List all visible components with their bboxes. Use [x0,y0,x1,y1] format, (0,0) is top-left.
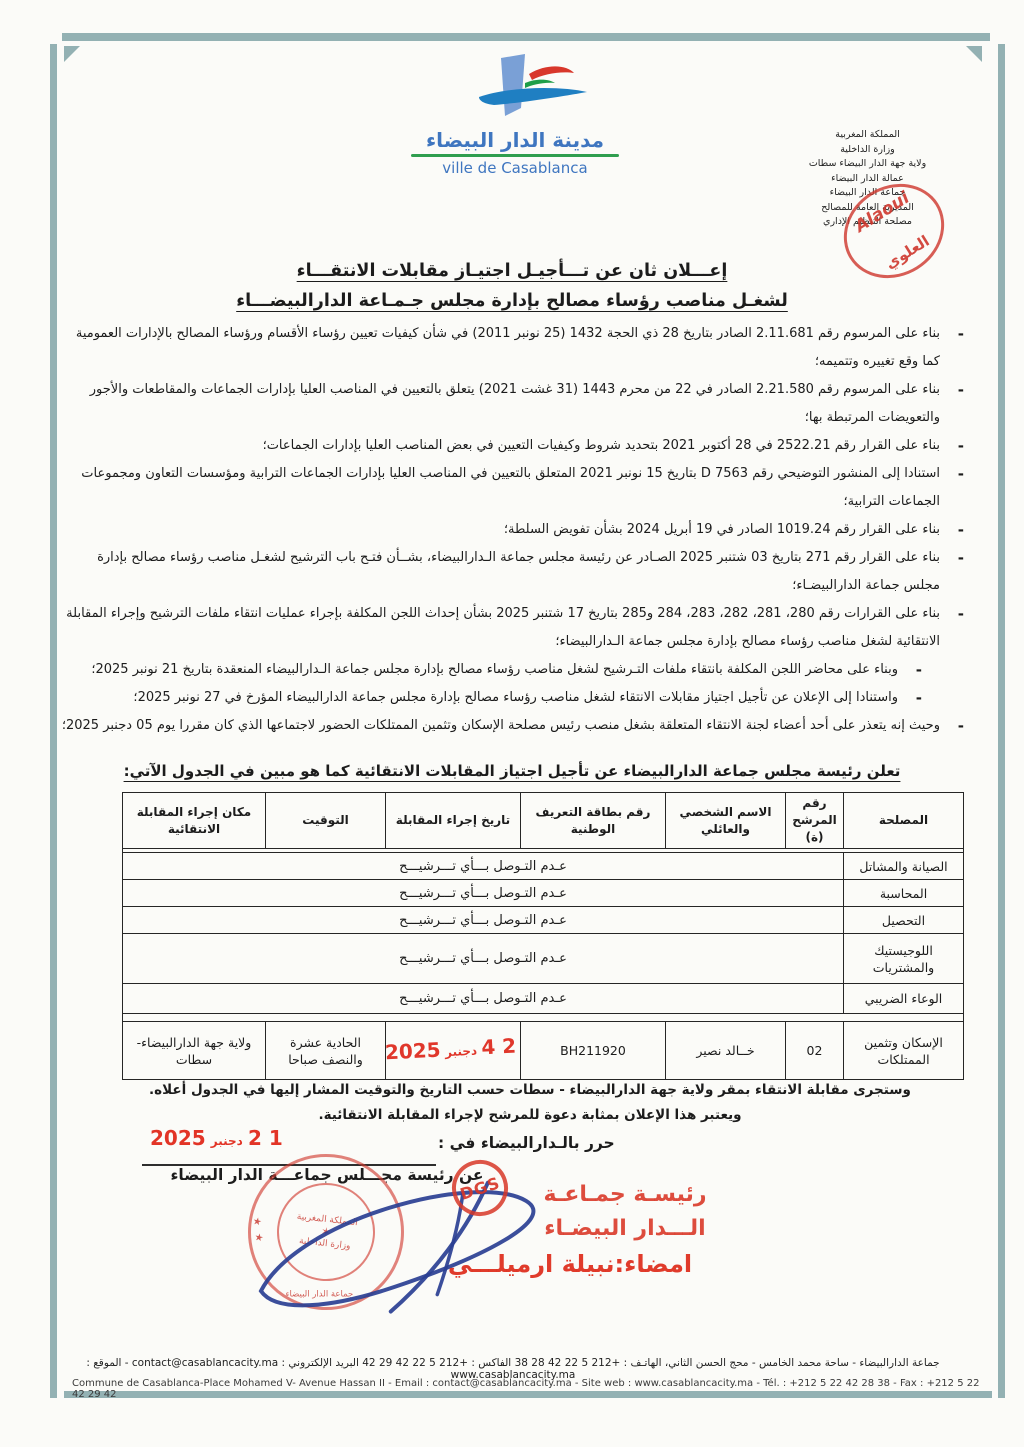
preamble-item: - واستنادا إلى الإعلان عن تأجيل اجتياز م… [58,684,964,712]
preamble-item: - وحيث إنه يتعذر على أحد أعضاء لجنة الان… [58,712,964,740]
bullet-dash: - [950,432,964,460]
bullet-dash: - [950,376,964,404]
announcement-line: تعلن رئيسة مجلس جماعة الدارالبيضاء عن تأ… [62,762,962,780]
table-header-service: المصلحة [844,793,964,849]
issued-stamp-month: دجنبر [211,1134,243,1148]
preamble-text: بناء على القرار رقم 2522.21 في 28 أكتوبر… [58,432,940,460]
page-frame-top [62,33,990,41]
frame-corner-top-right [966,46,982,62]
service-name-cell: الوعاء الضريبي [844,984,964,1014]
no-candidacy-cell: عـدم التـوصل بـــأي تـــرشيـــح [123,853,844,880]
page-frame-right [998,44,1005,1398]
table-header-date: تاريخ إجراء المقابلة [386,793,521,849]
service-name-cell: اللوجيستيك والمشتريات [844,934,964,984]
candidate-time-cell: الحادية عشرة والنصف صباحا [266,1022,386,1080]
preamble-text: بناء على القرار رقم 271 بتاريخ 03 شتنبر … [58,544,940,600]
signed-by-stamp: امضاء:نبيلة ارميلـــي [390,1250,750,1278]
title-line-1: إعـــلان ثان عن تـــأجيـل اجتيـاز مقابلا… [62,256,962,286]
preamble-item: - بناء على القرار رقم 1019.24 الصادر في … [58,516,964,544]
president-stamp-line-1: رئيسـة جمـاعـة [520,1182,730,1207]
service-row: المحاسبة عـدم التـوصل بـــأي تـــرشيـــح [123,880,964,907]
admin-line-kingdom: المملكة المغربية [770,128,965,143]
no-candidacy-cell: عـدم التـوصل بـــأي تـــرشيـــح [123,907,844,934]
stamp-year: 2025 [384,1037,441,1064]
table-header-time: التوقيت [266,793,386,849]
bullet-dash: - [908,656,922,684]
president-stamp-line-2: الـــدار البيضـاء [520,1216,730,1241]
bullet-dash: - [950,544,964,572]
service-name-cell: الصيانة والمشاتل [844,853,964,880]
bullet-dash: - [950,320,964,348]
preamble-item: - بناء على القرارات رقم 280، 281، 282، 2… [58,600,964,656]
table-header-cin: رقم بطاقة التعريف الوطنية [521,793,666,849]
footer-french: Commune de Casablanca-Place Mohamed V- A… [72,1378,982,1400]
page-frame-left [50,44,57,1398]
preamble-text: بناء على القرارات رقم 280، 281، 282، 283… [58,600,940,656]
candidate-row: الإسكان وتثمين الممتلكات 02 خــالد نصير … [123,1022,964,1080]
table-header-row: المصلحة رقم المرشح (ة) الاسم الشخصي والع… [123,793,964,849]
service-row: الوعاء الضريبي عـدم التـوصل بـــأي تـــر… [123,984,964,1014]
bullet-dash: - [908,684,922,712]
admin-line-prefecture: عمالة الدار البيضاء [770,172,965,187]
closing-line-1: وستجرى مقابلة الانتقاء بمقر ولاية جهة ال… [130,1078,930,1103]
logo-title-french: ville de Casablanca [392,159,638,177]
frame-corner-top-left [64,46,80,62]
preamble-item: - بناء على المرسوم رقم 2.11.681 الصادر ب… [58,320,964,376]
title-line-2: لشغـل مناصب رؤساء مصالح بإدارة مجلس جـمـ… [62,286,962,316]
bullet-dash: - [950,712,964,740]
service-name-cell: المحاسبة [844,880,964,907]
preamble-item: - بناء على القرار رقم 271 بتاريخ 03 شتنب… [58,544,964,600]
table-header-place: مكان إجراء المقابلة الانتقائية [123,793,266,849]
service-row: التحصيل عـدم التـوصل بـــأي تـــرشيـــح [123,907,964,934]
bullet-dash: - [950,460,964,488]
preamble-item: - وبناء على محاضر اللجن المكلفة بانتقاء … [58,656,964,684]
no-candidacy-cell: عـدم التـوصل بـــأي تـــرشيـــح [123,934,844,984]
preamble-text: بناء على المرسوم رقم 2.11.681 الصادر بتا… [58,320,940,376]
candidate-cin-cell: BH211920 [521,1022,666,1080]
issued-at-label: حرر بالـدارالبيضاء في : [438,1134,615,1152]
no-candidacy-cell: عـدم التـوصل بـــأي تـــرشيـــح [123,880,844,907]
table-spacer-row [123,1014,964,1022]
candidate-number-cell: 02 [786,1022,844,1080]
preamble-list: - بناء على المرسوم رقم 2.11.681 الصادر ب… [58,320,964,740]
schedule-table-wrapper: المصلحة رقم المرشح (ة) الاسم الشخصي والع… [122,792,964,1080]
table-header-name: الاسم الشخصي والعائلي [666,793,786,849]
preamble-text: واستنادا إلى الإعلان عن تأجيل اجتياز مقا… [58,684,898,712]
document-title: إعـــلان ثان عن تـــأجيـل اجتيـاز مقابلا… [62,256,962,316]
preamble-text: بناء على المرسوم رقم 2.21.580 الصادر في … [58,376,940,432]
stamp-month: دجنبر [444,1043,477,1059]
candidate-date-cell: 2 4 دجنبر 2025 [386,1022,521,1080]
service-row: اللوجيستيك والمشتريات عـدم التـوصل بـــأ… [123,934,964,984]
bullet-dash: - [950,516,964,544]
preamble-text: وبناء على محاضر اللجن المكلفة بانتقاء مل… [58,656,898,684]
service-row: الصيانة والمشاتل عـدم التـوصل بـــأي تــ… [123,853,964,880]
candidate-service-cell: الإسكان وتثمين الممتلكات [844,1022,964,1080]
issued-date-line: 1 2 دجنبر 2025 [142,1120,436,1166]
logo-title-arabic: مدينة الدار البيضاء [392,128,638,152]
interview-date-stamp: 2 4 دجنبر 2025 [384,1037,516,1064]
preamble-item: - بناء على المرسوم رقم 2.21.580 الصادر ف… [58,376,964,432]
preamble-text: وحيث إنه يتعذر على أحد أعضاء لجنة الانتق… [58,712,940,740]
bullet-dash: - [950,600,964,628]
admin-line-ministry: وزارة الداخلية [770,143,965,158]
preamble-item: - استنادا إلى المنشور التوضيحي رقم D 756… [58,460,964,516]
no-candidacy-cell: عـدم التـوصل بـــأي تـــرشيـــح [123,984,844,1014]
stamp-day: 2 4 [480,1033,516,1059]
schedule-table: المصلحة رقم المرشح (ة) الاسم الشخصي والع… [122,792,964,1080]
preamble-item: - بناء على القرار رقم 2522.21 في 28 أكتو… [58,432,964,460]
candidate-name-cell: خــالد نصير [666,1022,786,1080]
table-header-number: رقم المرشح (ة) [786,793,844,849]
service-name-cell: التحصيل [844,907,964,934]
candidate-place-cell: ولاية جهة الدارالبيضاء- سطات [123,1022,266,1080]
preamble-text: بناء على القرار رقم 1019.24 الصادر في 19… [58,516,940,544]
issued-stamp-day: 1 2 [248,1126,283,1150]
admin-line-wilaya: ولاية جهة الدار البيضاء سطات [770,157,965,172]
logo-green-rule [411,154,619,157]
casablanca-logo-icon [435,52,595,128]
preamble-text: استنادا إلى المنشور التوضيحي رقم D 7563 … [58,460,940,516]
scanned-announcement-document: { "logo": { "title_ar": "مدينة الدار الب… [0,0,1024,1447]
city-logo: مدينة الدار البيضاء ville de Casablanca [392,52,638,177]
issued-stamp-year: 2025 [150,1126,206,1150]
